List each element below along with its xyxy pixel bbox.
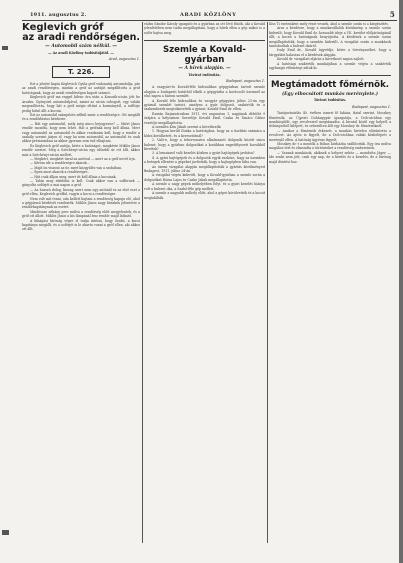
issue-date: 1911. augusztus 2. xyxy=(30,12,86,18)
paragraph: Ezt a jelzést kapta Keglevich Gyula gróf… xyxy=(22,82,140,95)
article-subheading: — Automobil szám nélkül. — xyxy=(22,45,140,49)
paragraph: A vizsgálat végén kiderült, hogy a Koval… xyxy=(144,173,265,182)
header-rule xyxy=(22,20,397,21)
continued-text: vádra Sándor Károly igazgató és a gyárba… xyxy=(144,22,265,35)
scan-mark xyxy=(2,530,9,535)
article-headline: Szemle a Kovald-gyárban xyxy=(144,46,265,65)
paragraph: Keglevich gróf ma reggel kilenc óra után… xyxy=(22,95,140,113)
article-dateline: Budapest, augusztus 1. xyxy=(269,105,391,109)
column-3: Kiss Ti esetenként mely részt veszek, ah… xyxy=(269,22,391,543)
newspaper-page: 1911. augusztus 2. ARADI KÖZLÖNY 5 Kegle… xyxy=(22,8,397,553)
paragraph: A hatósági szakértők munkájában a szemle… xyxy=(269,62,391,71)
paragraph: — Talán meg ebédelni is kell. Csak akkor… xyxy=(22,179,140,188)
paragraph: Ivaly Emil dr., Kovald ügyvédje, kérte a… xyxy=(269,48,391,57)
paragraph: 4. A gyári hajtógépek és a dolgozók egyi… xyxy=(144,156,265,165)
article-byline: — Az aradi Közlöny tudósítójától. — xyxy=(22,51,140,55)
article-separator xyxy=(269,75,391,76)
running-head: 1911. augusztus 2. ARADI KÖZLÖNY 5 xyxy=(30,10,395,20)
column-rule xyxy=(142,22,143,543)
column-rule xyxy=(267,22,268,543)
paragraph: A szemle a nagy gépek műhelyében folyt, … xyxy=(144,182,265,191)
paragraph: Ezt az automobil számjelzés nélkül ment … xyxy=(22,113,140,122)
article-subheading: (Egy elbocsátott munkás merénylete.) xyxy=(269,93,391,97)
article-subheading: — A hírek alapján. — xyxy=(144,67,265,71)
column-2: vádra Sándor Károly igazgató és a gyárba… xyxy=(144,22,265,543)
article-body: Tanújavásárlás 40. évében ismert fő laká… xyxy=(269,111,391,164)
paragraph: A kihágási bíróság végre el tudja intézn… xyxy=(22,219,140,232)
paragraph: Mindössze néhány perc múlva a rendőrség … xyxy=(22,210,140,219)
paragraph: Mosskey dr.-t a mentők a Rókus kórházba … xyxy=(269,142,391,151)
paragraph: 1. Hogyan került Ilonka a hatósághoz, ho… xyxy=(144,129,265,138)
scan-edge xyxy=(399,0,403,563)
paragraph: A szemle a nagyobb műhely előtt, ahol a … xyxy=(144,191,265,200)
paragraph: Arra a kérdésre, hogy a munkavállalók kö… xyxy=(269,26,391,48)
article-headline-line2: az aradi rendőrségen. xyxy=(22,33,140,43)
paragraph: Az üzemi vizsgálat alapján megállapított… xyxy=(144,165,265,174)
newspaper-title: ARADI KÖZLÖNY xyxy=(180,12,236,18)
paragraph: Tanújavásárlás 40. évében ismert fő laká… xyxy=(269,111,391,129)
paragraph: A Kovald féle hidraulikus és vasgyár gép… xyxy=(144,99,265,112)
article-byline: Távirat tudósítás. xyxy=(269,98,391,102)
paragraph: Ez Keglevich gróf autója, kérte a hatósá… xyxy=(22,144,140,157)
page-number: 5 xyxy=(390,10,395,19)
paragraph: Nem volt mit tenni, oda kellett hajtani … xyxy=(22,197,140,210)
article-byline: Távirat tudósítás. xyxy=(144,73,265,77)
article-dateline: Budapest, augusztus 1. xyxy=(144,79,265,83)
paragraph: — Az hosszú dolog, bizony, mert nem egy … xyxy=(22,188,140,197)
article-headline: Megtámadott főmérnök. xyxy=(269,81,391,90)
paragraph: Ezután Rajnavárosban 1911. évi augusztus… xyxy=(144,112,265,125)
scan-mark xyxy=(2,46,8,50)
paragraph: A vasgyári-és Kovald-féle hidraulikus gé… xyxy=(144,85,265,98)
article-body: Ezt a jelzést kapta Keglevich Gyula gróf… xyxy=(22,82,140,232)
article-body-top: Arra a kérdésre, hogy a munkavállalók kö… xyxy=(269,26,391,70)
paragraph: — Vannak munkások, akiknek a helyzet neh… xyxy=(269,151,391,164)
license-plate-box: T. 226. xyxy=(52,66,110,78)
paragraph: — Hát egy automobil, mely még nincs beje… xyxy=(22,122,140,144)
article-dateline: Arad, augusztus 1. xyxy=(22,57,140,61)
column-1: Keglevich gróf az aradi rendőrségen. — A… xyxy=(22,22,140,543)
paragraph: 2. Való-e, hogy a tehervonatra alkalmazo… xyxy=(144,138,265,151)
article-body: A vasgyári-és Kovald-féle hidraulikus gé… xyxy=(144,85,265,200)
paragraph: — Amikor a főmérnök érkezett, a munkás h… xyxy=(269,129,391,142)
article-separator xyxy=(144,40,265,41)
